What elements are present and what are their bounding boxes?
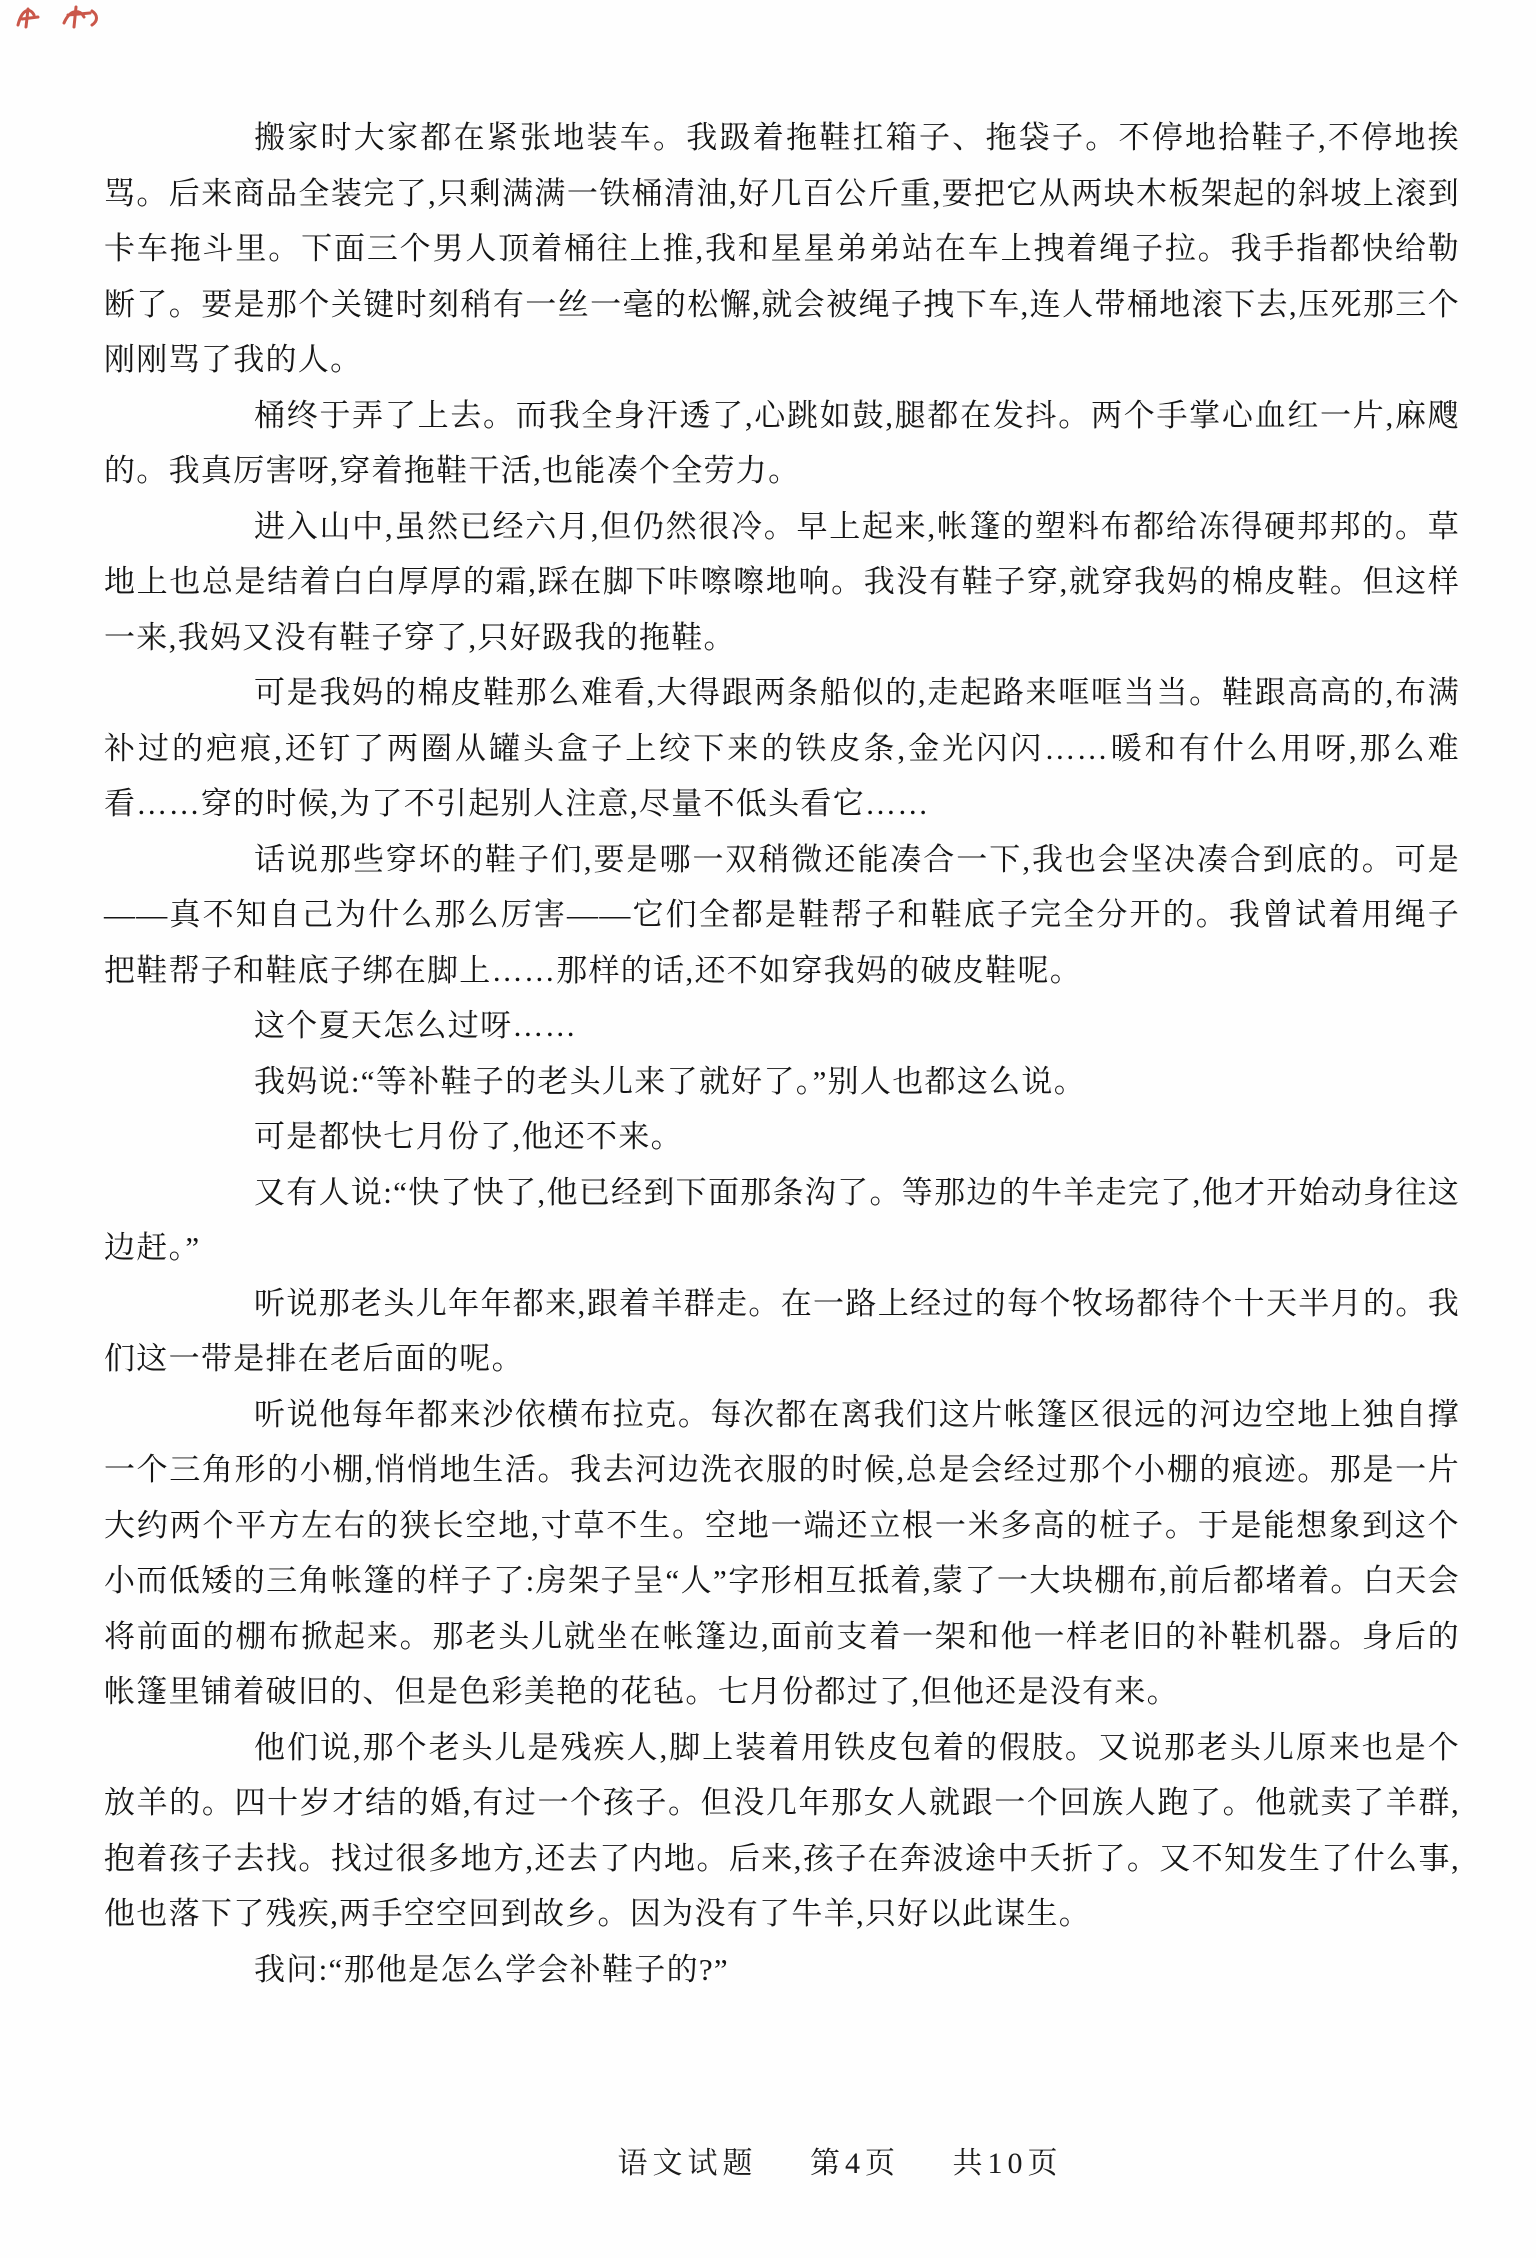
footer-exam-title: 语文试题 bbox=[618, 2147, 758, 2180]
passage-paragraph: 听说那老头儿年年都来,跟着羊群走。在一路上经过的每个牧场都待个十天半月的。我们这… bbox=[104, 1276, 1460, 1387]
passage-paragraph: 我问:“那他是怎么学会补鞋子的?” bbox=[104, 1942, 1460, 1998]
passage-paragraph: 我妈说:“等补鞋子的老头儿来了就好了。”别人也都这么说。 bbox=[104, 1054, 1460, 1110]
red-ink-marks bbox=[12, 1, 108, 35]
passage-paragraph: 话说那些穿坏的鞋子们,要是哪一双稍微还能凑合一下,我也会坚决凑合到底的。可是——… bbox=[104, 832, 1460, 999]
passage-paragraph: 进入山中,虽然已经六月,但仍然很冷。早上起来,帐篷的塑料布都给冻得硬邦邦的。草地… bbox=[104, 499, 1460, 666]
passage-paragraph: 又有人说:“快了快了,他已经到下面那条沟了。等那边的牛羊走完了,他才开始动身往这… bbox=[104, 1165, 1460, 1276]
footer-page-number: 第4页 bbox=[810, 2147, 900, 2180]
footer-page-total: 共10页 bbox=[953, 2147, 1063, 2180]
reading-passage: 搬家时大家都在紧张地装车。我趿着拖鞋扛箱子、拖袋子。不停地拾鞋子,不停地挨骂。后… bbox=[104, 110, 1460, 1997]
red-ink-mark bbox=[18, 9, 38, 27]
passage-paragraph: 这个夏天怎么过呀…… bbox=[104, 998, 1460, 1054]
passage-paragraph: 他们说,那个老头儿是残疾人,脚上装着用铁皮包着的假肢。又说那老头儿原来也是个放羊… bbox=[104, 1720, 1460, 1942]
passage-paragraph: 可是我妈的棉皮鞋那么难看,大得跟两条船似的,走起路来哐哐当当。鞋跟高高的,布满补… bbox=[104, 665, 1460, 832]
page-footer: 语文试题 第4页 共10页 bbox=[72, 2138, 1536, 2182]
passage-paragraph: 搬家时大家都在紧张地装车。我趿着拖鞋扛箱子、拖袋子。不停地拾鞋子,不停地挨骂。后… bbox=[104, 110, 1460, 388]
red-ink-mark bbox=[64, 7, 97, 27]
passage-paragraph: 听说他每年都来沙依横布拉克。每次都在离我们这片帐篷区很远的河边空地上独自撑一个三… bbox=[104, 1387, 1460, 1720]
passage-paragraph: 可是都快七月份了,他还不来。 bbox=[104, 1109, 1460, 1165]
exam-paper-page: 搬家时大家都在紧张地装车。我趿着拖鞋扛箱子、拖袋子。不停地拾鞋子,不停地挨骂。后… bbox=[0, 0, 1536, 2258]
passage-paragraph: 桶终于弄了上去。而我全身汗透了,心跳如鼓,腿都在发抖。两个手掌心血红一片,麻飕的… bbox=[104, 388, 1460, 499]
